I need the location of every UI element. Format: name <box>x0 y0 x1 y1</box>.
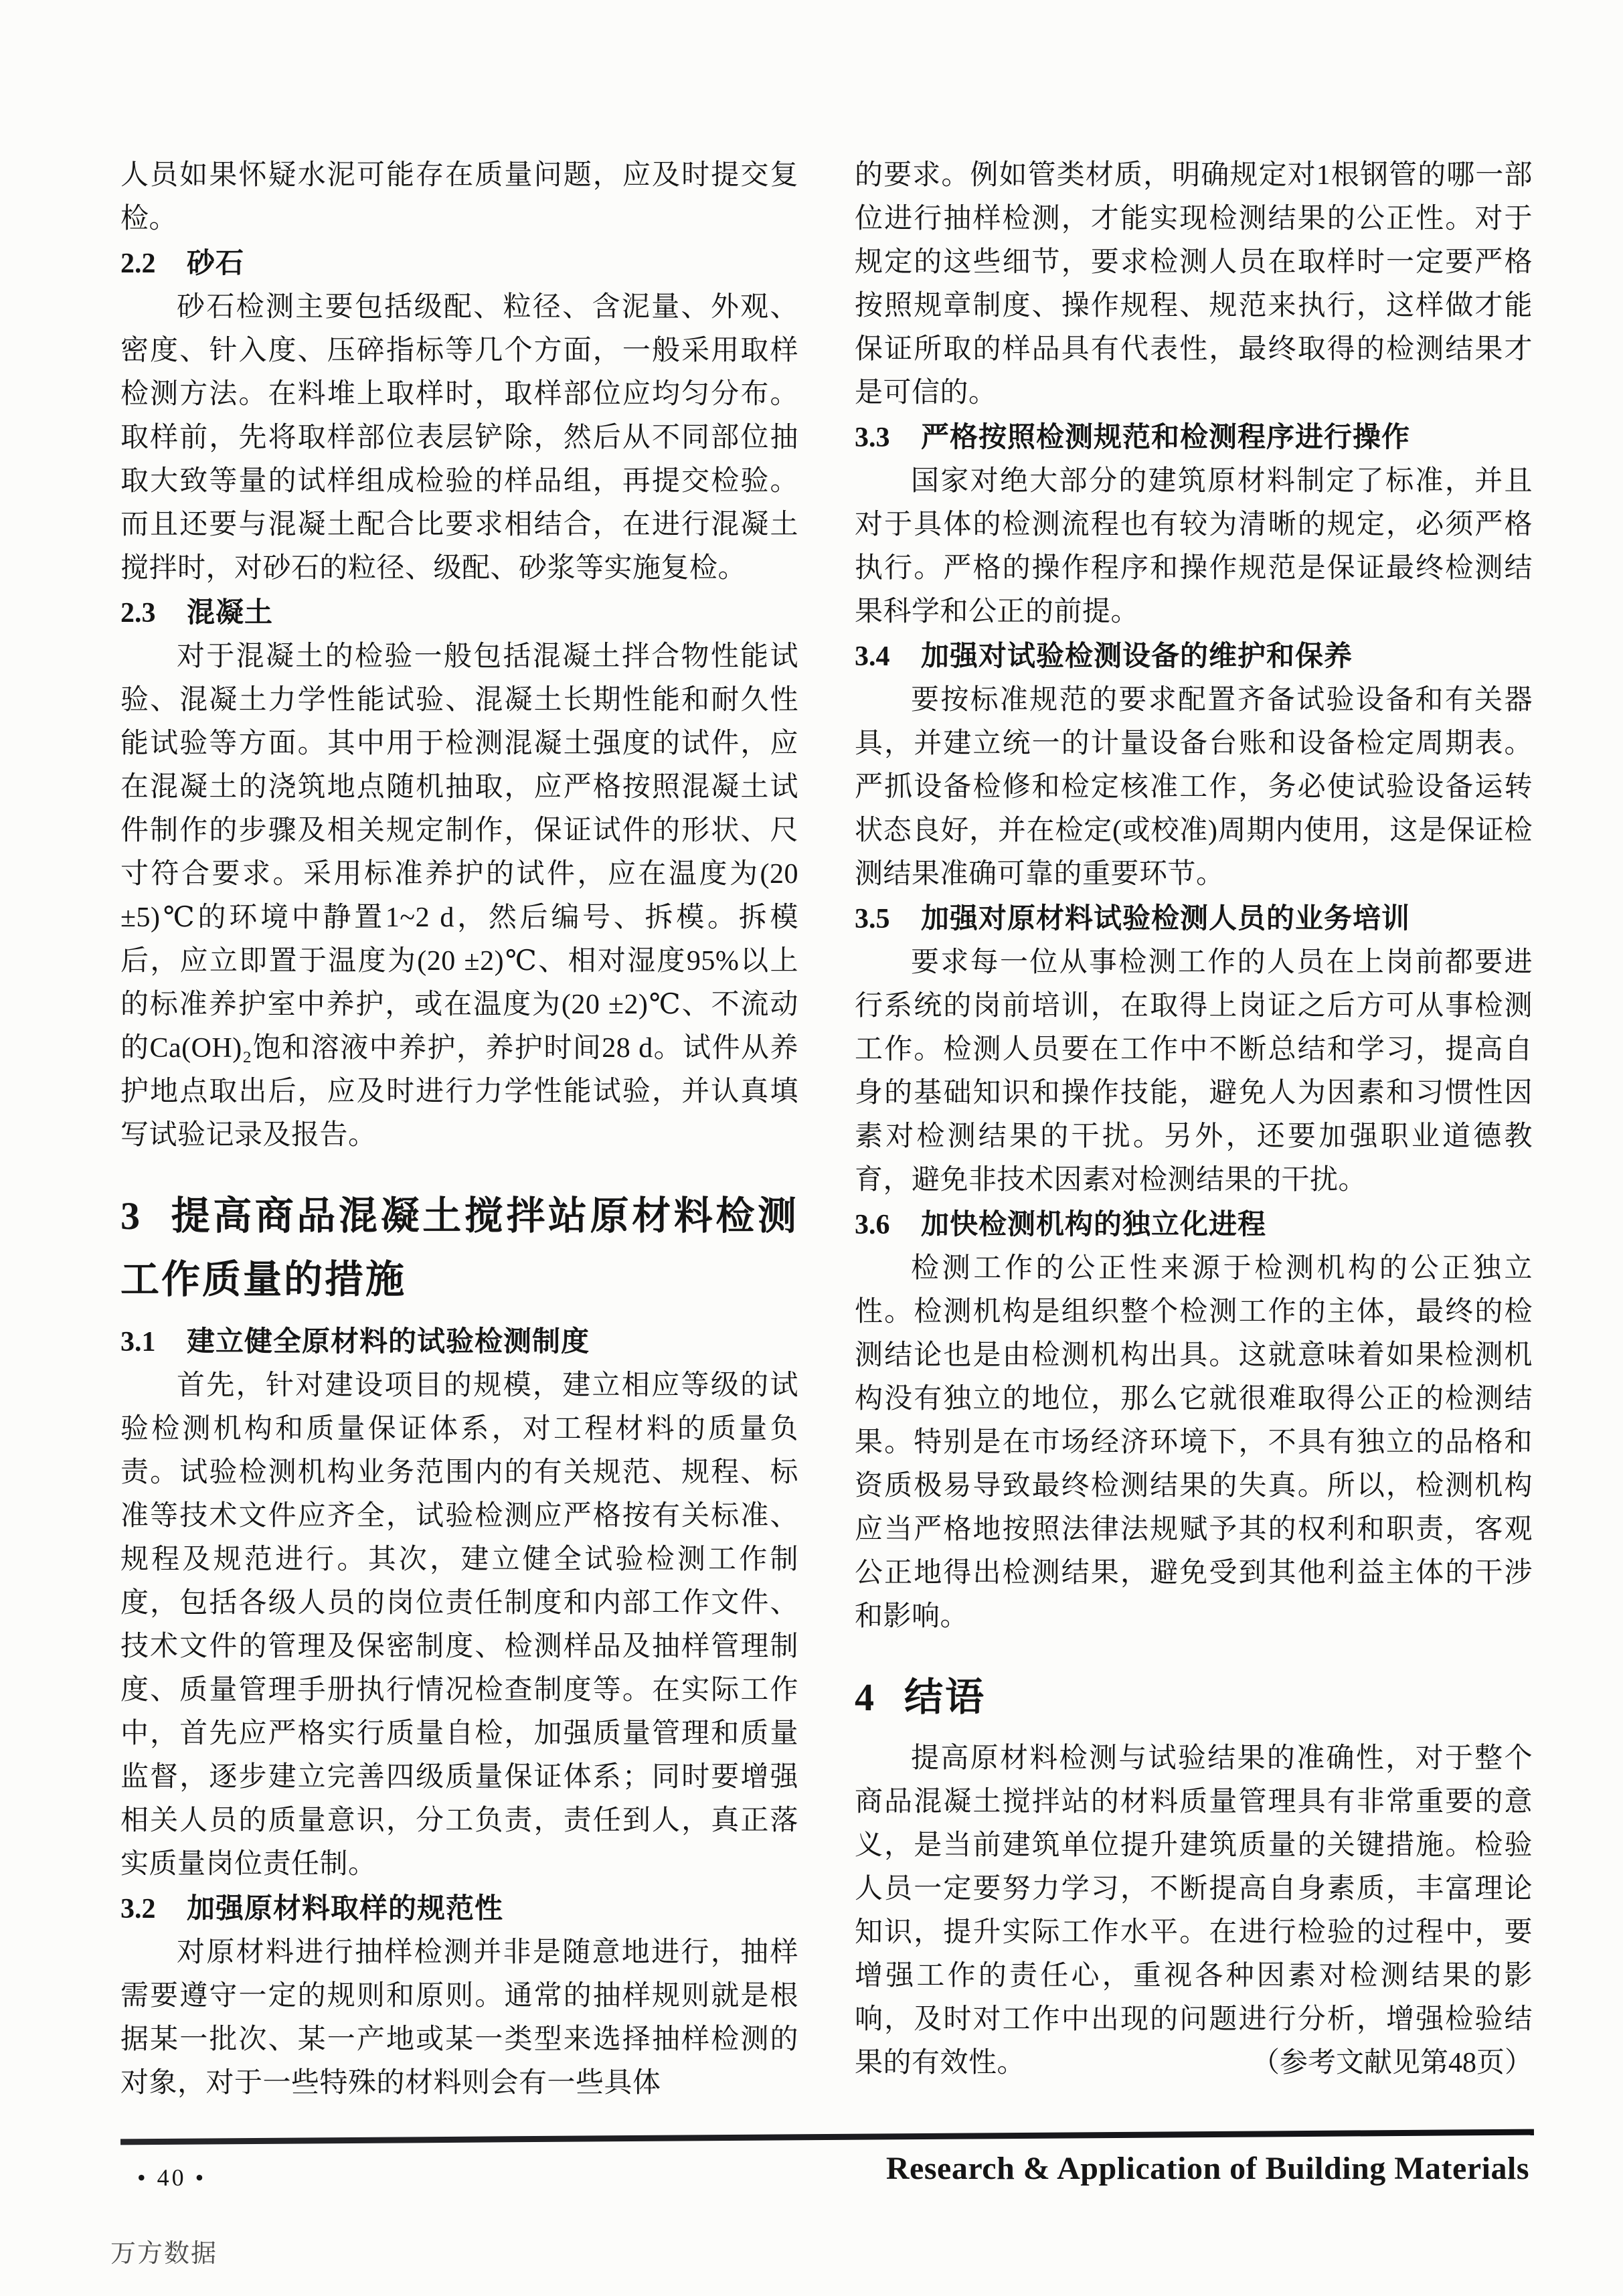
paragraph-sampling-continued: 的要求。例如管类材质，明确规定对1根钢管的哪一部位进行抽样检测，才能实现检测结果… <box>855 154 1533 415</box>
heading-3-1-number: 3.1 <box>120 1327 156 1358</box>
heading-3-2-number: 3.2 <box>120 1894 156 1924</box>
paragraph-3-1: 首先，针对建设项目的规模，建立相应等级的试验检测机构和质量保证体系，对工程材料的… <box>120 1364 798 1886</box>
footer-divider-rule <box>120 2129 1534 2145</box>
heading-section-4: 4结语 <box>855 1665 1533 1729</box>
heading-3-3-number: 3.3 <box>855 422 890 453</box>
paragraph-3-2: 对原材料进行抽样检测并非是随意地进行，抽样需要遵守一定的规则和原则。通常的抽样规… <box>120 1931 798 2105</box>
heading-3-2: 3.2 加强原材料取样的规范性 <box>120 1886 798 1931</box>
paragraph-3-6: 检测工作的公正性来源于检测机构的公正独立性。检测机构是组织整个检测工作的主体，最… <box>855 1247 1533 1639</box>
heading-3-4-title: 加强对试验检测设备的维护和保养 <box>921 640 1353 671</box>
heading-section-3-number: 3 <box>120 1194 142 1238</box>
page-number: • 40 • <box>137 2163 206 2192</box>
paragraph-conclusion-text: 提高原材料检测与试验结果的准确性，对于整个商品混凝土搅拌站的材料质量管理具有非常… <box>855 1743 1533 2078</box>
heading-section-4-title: 结语 <box>904 1675 986 1719</box>
paragraph-cement-continued: 人员如果怀疑水泥可能存在质量问题，应及时提交复检。 <box>120 154 798 241</box>
right-column: 的要求。例如管类材质，明确规定对1根钢管的哪一部位进行抽样检测，才能实现检测结果… <box>855 154 1533 2105</box>
heading-2-3-title: 混凝土 <box>187 596 273 628</box>
heading-3-1: 3.1 建立健全原材料的试验检测制度 <box>120 1319 798 1364</box>
heading-2-2-number: 2.2 <box>120 248 156 279</box>
paragraph-concrete: 对于混凝土的检验一般包括混凝土拌合物性能试验、混凝土力学性能试验、混凝土长期性能… <box>120 635 798 1157</box>
heading-3-3-title: 严格按照检测规范和检测程序进行操作 <box>921 421 1410 453</box>
journal-title-english: Research & Application of Building Mater… <box>886 2150 1529 2187</box>
heading-3-3: 3.3 严格按照检测规范和检测程序进行操作 <box>855 415 1533 460</box>
heading-3-5: 3.5 加强对原材料试验检测人员的业务培训 <box>855 896 1533 941</box>
heading-3-4-number: 3.4 <box>855 641 890 672</box>
heading-2-2: 2.2 砂石 <box>120 241 798 286</box>
heading-section-3: 3提高商品混凝土搅拌站原材料检测工作质量的措施 <box>120 1184 798 1311</box>
heading-section-3-title: 提高商品混凝土搅拌站原材料检测工作质量的措施 <box>120 1194 798 1301</box>
heading-2-2-title: 砂石 <box>187 247 244 278</box>
paragraph-conclusion: 提高原材料检测与试验结果的准确性，对于整个商品混凝土搅拌站的材料质量管理具有非常… <box>855 1737 1533 2085</box>
two-column-text-area: 人员如果怀疑水泥可能存在质量问题，应及时提交复检。 2.2 砂石 砂石检测主要包… <box>120 154 1533 2105</box>
heading-2-3-number: 2.3 <box>120 598 156 629</box>
heading-2-3: 2.3 混凝土 <box>120 590 798 635</box>
heading-3-2-title: 加强原材料取样的规范性 <box>187 1892 503 1924</box>
heading-3-1-title: 建立健全原材料的试验检测制度 <box>187 1325 590 1357</box>
paragraph-3-5: 要求每一位从事检测工作的人员在上岗前都要进行系统的岗前培训，在取得上岗证之后方可… <box>855 941 1533 1202</box>
reference-note: （参考文献见第48页） <box>1195 2042 1533 2085</box>
paragraph-3-3: 国家对绝大部分的建筑原材料制定了标准，并且对于具体的检测流程也有较为清晰的规定，… <box>855 460 1533 634</box>
heading-3-6: 3.6 加快检测机构的独立化进程 <box>855 1202 1533 1247</box>
heading-section-4-number: 4 <box>855 1675 876 1719</box>
heading-3-6-number: 3.6 <box>855 1210 890 1240</box>
left-column: 人员如果怀疑水泥可能存在质量问题，应及时提交复检。 2.2 砂石 砂石检测主要包… <box>120 154 798 2105</box>
journal-page: 人员如果怀疑水泥可能存在质量问题，应及时提交复检。 2.2 砂石 砂石检测主要包… <box>0 0 1623 2296</box>
paragraph-3-4: 要按标准规范的要求配置齐备试验设备和有关器具，并建立统一的计量设备台账和设备检定… <box>855 679 1533 896</box>
heading-3-5-number: 3.5 <box>855 904 890 934</box>
heading-3-5-title: 加强对原材料试验检测人员的业务培训 <box>921 902 1410 934</box>
wanfang-data-watermark: 万方数据 <box>110 2232 218 2269</box>
heading-3-4: 3.4 加强对试验检测设备的维护和保养 <box>855 634 1533 679</box>
heading-3-6-title: 加快检测机构的独立化进程 <box>921 1208 1266 1240</box>
paragraph-sand-gravel: 砂石检测主要包括级配、粒径、含泥量、外观、密度、针入度、压碎指标等几个方面，一般… <box>120 286 798 590</box>
